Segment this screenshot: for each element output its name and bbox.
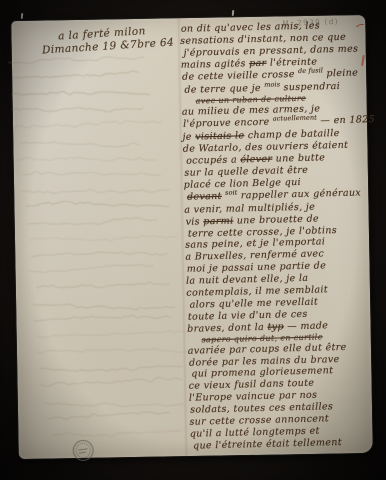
stamp-inner-ring bbox=[75, 442, 92, 459]
scan-tick-mark bbox=[232, 10, 235, 16]
scan-tick-mark bbox=[21, 13, 24, 19]
manuscript-page: a la ferté milon Dimanche 19 &7bre 64 M.… bbox=[11, 15, 373, 459]
manuscript-scan: a la ferté milon Dimanche 19 &7bre 64 M.… bbox=[0, 0, 386, 480]
manuscript-text-column: on dit qu'avec les amis, lessensations d… bbox=[180, 19, 372, 452]
bleedthrough-writing bbox=[2, 51, 200, 453]
